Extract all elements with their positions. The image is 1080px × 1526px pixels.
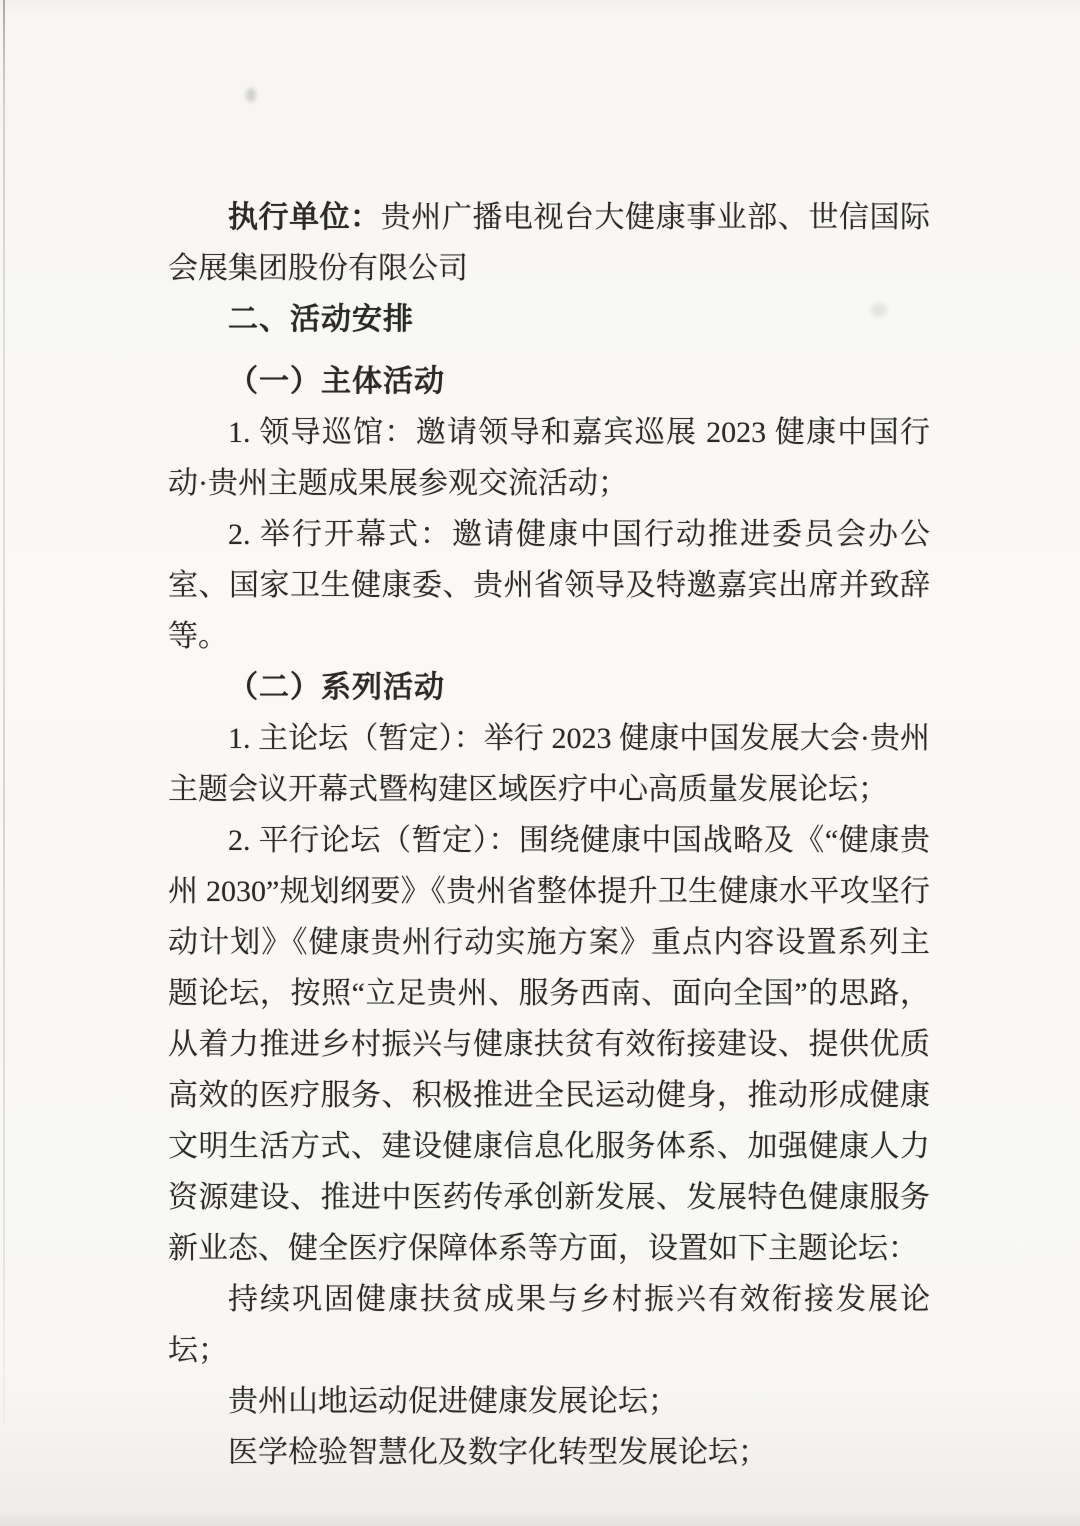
subsection-heading-main-activities: （一）主体活动: [168, 356, 930, 407]
forum-list-item-poverty-alleviation: 持续巩固健康扶贫成果与乡村振兴有效衔接发展论坛；: [168, 1274, 930, 1376]
section-heading-activity-arrangement: 二、活动安排: [168, 294, 930, 345]
scan-edge-artifact: [3, 0, 5, 1424]
forum-list-item-medical-testing: 医学检验智慧化及数字化转型发展论坛；: [168, 1427, 930, 1478]
organizer-paragraph: 执行单位：贵州广播电视台大健康事业部、世信国际会展集团股份有限公司: [168, 192, 930, 294]
main-activity-item-opening-ceremony: 2. 举行开幕式：邀请健康中国行动推进委员会办公室、国家卫生健康委、贵州省领导及…: [168, 509, 930, 662]
document-content: 执行单位：贵州广播电视台大健康事业部、世信国际会展集团股份有限公司 二、活动安排…: [168, 192, 930, 1478]
series-activity-item-parallel-forums: 2. 平行论坛（暂定）：围绕健康中国战略及《“健康贵州 2030”规划纲要》《贵…: [168, 815, 930, 1274]
forum-list-item-mountain-sports: 贵州山地运动促进健康发展论坛；: [168, 1376, 930, 1427]
subsection-heading-series-activities: （二）系列活动: [168, 662, 930, 713]
organizer-label: 执行单位：: [228, 201, 381, 234]
scan-smudge: [246, 88, 256, 102]
main-activity-item-leader-tour: 1. 领导巡馆：邀请领导和嘉宾巡展 2023 健康中国行动·贵州主题成果展参观交…: [168, 407, 930, 509]
document-page: 执行单位：贵州广播电视台大健康事业部、世信国际会展集团股份有限公司 二、活动安排…: [0, 0, 1080, 1526]
series-activity-item-main-forum: 1. 主论坛（暂定）：举行 2023 健康中国发展大会·贵州主题会议开幕式暨构建…: [168, 713, 930, 815]
